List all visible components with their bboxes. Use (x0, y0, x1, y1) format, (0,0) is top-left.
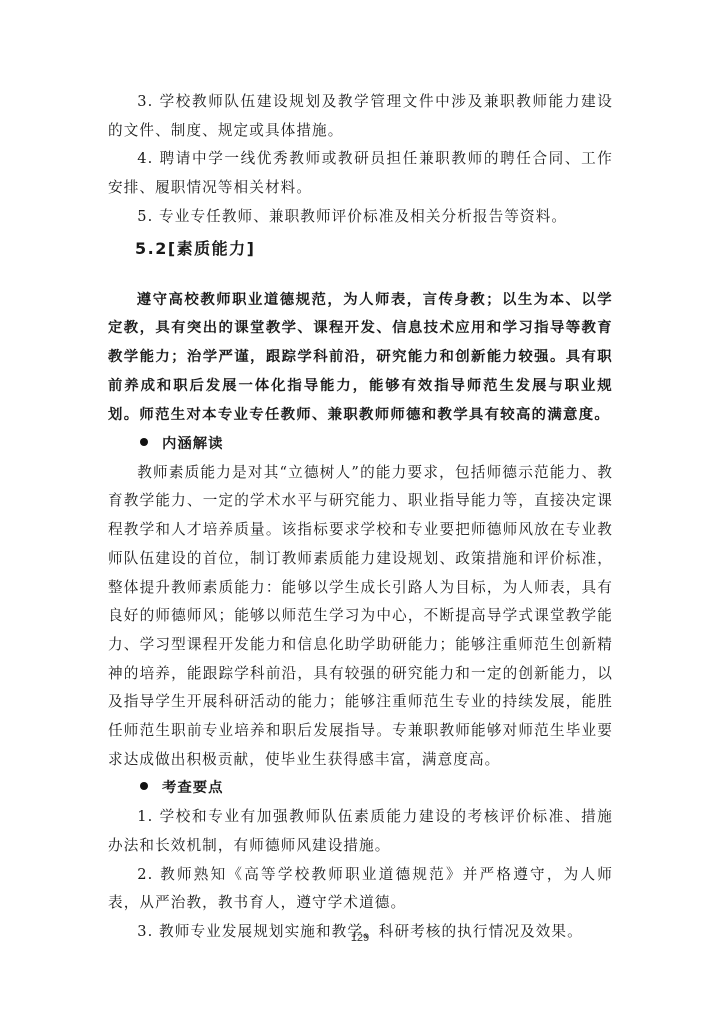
evidence-item-3: 3. 学校教师队伍建设规划及教学管理文件中涉及兼职教师能力建设的文件、制度、规定… (108, 88, 613, 145)
standard-statement: 遵守高校教师职业道德规范，为人师表，言传身教；以生为本、以学定教，具有突出的课堂… (108, 286, 613, 431)
key-point-1: 1. 学校和专业有加强教师队伍素质能力建设的考核评价标准、措施办法和长效机制，有… (108, 803, 613, 860)
interpretation-heading: 内涵解读 (140, 430, 613, 459)
interpretation-body: 教师素质能力是对其“立德树人”的能力要求，包括师德示范能力、教育教学能力、一定的… (108, 459, 613, 775)
key-points-heading: 考查要点 (140, 774, 613, 803)
document-page: 3. 学校教师队伍建设规划及教学管理文件中涉及兼职教师能力建设的文件、制度、规定… (108, 88, 613, 947)
bullet-icon (140, 782, 148, 790)
section-heading: 5.2[素质能力] (135, 232, 613, 264)
bullet-icon (140, 438, 148, 446)
page-number: 129 (0, 932, 720, 944)
interpretation-label: 内涵解读 (162, 436, 224, 452)
evidence-item-5: 5. 专业专任教师、兼职教师评价标准及相关分析报告等资料。 (108, 203, 613, 232)
key-point-2: 2. 教师熟知《高等学校教师职业道德规范》并严格遵守，为人师表，从严治教，教书育… (108, 861, 613, 918)
evidence-item-4: 4. 聘请中学一线优秀教师或教研员担任兼职教师的聘任合同、工作安排、履职情况等相… (108, 145, 613, 202)
key-points-label: 考查要点 (162, 780, 224, 796)
